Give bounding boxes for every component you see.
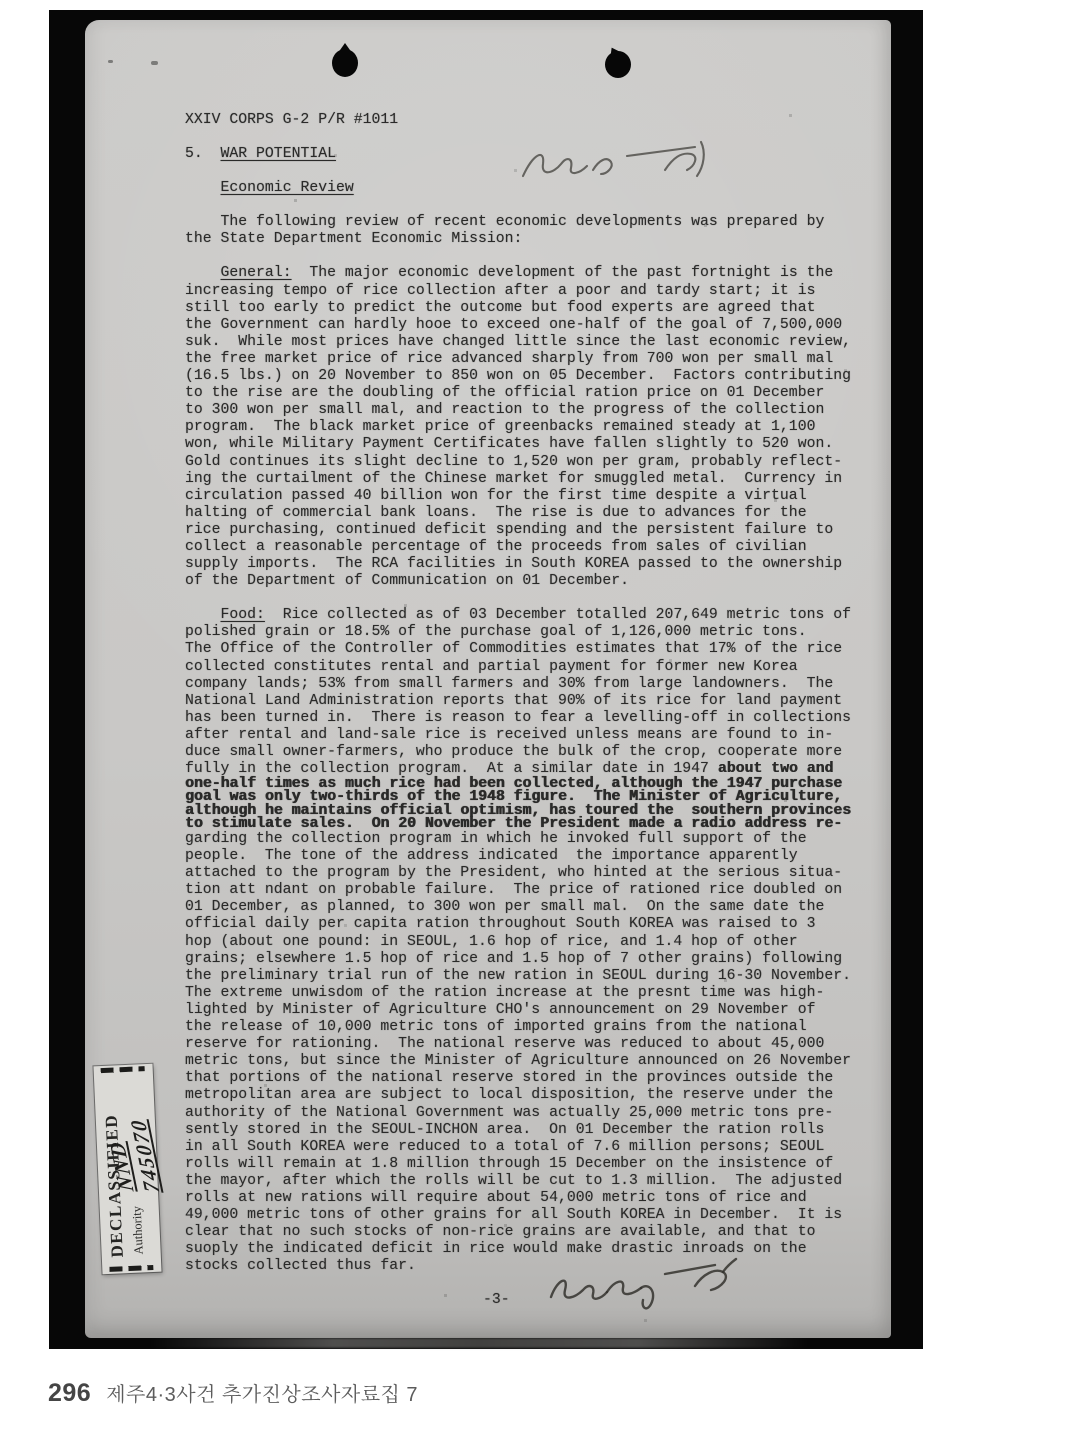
- declassified-stamp: DECLASSIFIED Authority NND 745070: [93, 1064, 161, 1274]
- text-line: 01 December, as planned, to 300 won per …: [185, 899, 875, 916]
- text-line: garding the collection program in which …: [185, 831, 875, 848]
- pencil-mark: [108, 60, 113, 63]
- text-line: the preliminary trial run of the new rat…: [185, 968, 875, 985]
- text-line: Food: Rice collected as of 03 December t…: [185, 607, 875, 624]
- text-line: lighted by Minister of Agriculture CHO's…: [185, 1002, 875, 1019]
- paper-noise: [85, 20, 86, 21]
- text-line: sently stored in the SEOUL-INCHON area. …: [185, 1122, 875, 1139]
- text-line: rolls will remain at 1.8 million through…: [185, 1156, 875, 1173]
- text-line: suk. While most prices have changed litt…: [185, 334, 875, 351]
- text-line: [185, 197, 875, 214]
- text-line: the free market price of rice advanced s…: [185, 351, 875, 368]
- text-line: ing the curtailment of the Chinese marke…: [185, 471, 875, 488]
- scan-artifact: [149, 1338, 809, 1348]
- text-line: General: The major economic development …: [185, 265, 875, 282]
- text-line: The following review of recent economic …: [185, 214, 875, 231]
- text-line: to 300 won per small mal, and reaction t…: [185, 402, 875, 419]
- text-line: the mayor, after which the rolls will be…: [185, 1173, 875, 1190]
- scanned-document-page: DECLASSIFIED Authority NND 745070 XXIV C…: [85, 20, 891, 1338]
- text-line: authority of the National Government was…: [185, 1105, 875, 1122]
- text-line: 5. WAR POTENTIAL: [185, 146, 875, 163]
- text-line: people. The tone of the address indicate…: [185, 848, 875, 865]
- stamp-text: DECLASSIFIED Authority NND 745070: [96, 1066, 161, 1268]
- text-line: [185, 129, 875, 146]
- text-line: grains; elsewhere 1.5 hop of rice and 1.…: [185, 951, 875, 968]
- text-line: metropolitan area are subject to local d…: [185, 1087, 875, 1104]
- typewritten-text: XXIV CORPS G-2 P/R #10115. WAR POTENTIAL…: [185, 112, 875, 1310]
- text-line: The Office of the Controller of Commodit…: [185, 641, 875, 658]
- text-line: [185, 590, 875, 607]
- text-line: of the Department of Communication on 01…: [185, 573, 875, 590]
- text-line: after rental and land-sale rice is recei…: [185, 727, 875, 744]
- book-page: DECLASSIFIED Authority NND 745070 XXIV C…: [0, 0, 1080, 1439]
- text-line: tion att ndant on probable failure. The …: [185, 882, 875, 899]
- text-line: the Government can hardly hooe to exceed…: [185, 317, 875, 334]
- text-line: The extreme unwisdom of the ration incre…: [185, 985, 875, 1002]
- text-line: won, while Military Payment Certificates…: [185, 436, 875, 453]
- text-line: suoply the indicated deficit in rice wou…: [185, 1241, 875, 1258]
- punch-hole-nub: [606, 45, 621, 59]
- text-line: stocks collected thus far.: [185, 1258, 875, 1275]
- text-line: XXIV CORPS G-2 P/R #1011: [185, 112, 875, 129]
- text-line: the State Department Economic Mission:: [185, 231, 875, 248]
- text-line: halting of commercial bank loans. The ri…: [185, 505, 875, 522]
- text-line: in all South KOREA were reduced to a tot…: [185, 1139, 875, 1156]
- text-line: has been turned in. There is reason to f…: [185, 710, 875, 727]
- text-line: increasing tempo of rice collection afte…: [185, 283, 875, 300]
- scan-background: DECLASSIFIED Authority NND 745070 XXIV C…: [49, 10, 923, 1349]
- text-line: to the rise are the doubling of the offi…: [185, 385, 875, 402]
- text-line: attached to the program by the President…: [185, 865, 875, 882]
- text-line: National Land Administration reports tha…: [185, 693, 875, 710]
- text-line: that portions of the national reserve st…: [185, 1070, 875, 1087]
- text-line: reserve for rationing. The national rese…: [185, 1036, 875, 1053]
- text-line: collect a reasonable percentage of the p…: [185, 539, 875, 556]
- text-line: [185, 248, 875, 265]
- text-line: hop (about one pound: in SEOUL, 1.6 hop …: [185, 934, 875, 951]
- text-line: clear that no such stocks of non-rice gr…: [185, 1224, 875, 1241]
- text-line: (16.5 lbs.) on 20 November to 850 won on…: [185, 368, 875, 385]
- punch-hole: [605, 51, 631, 78]
- text-line: [185, 163, 875, 180]
- text-line: Economic Review: [185, 180, 875, 197]
- text-line: circulation passed 40 billion won for th…: [185, 488, 875, 505]
- text-line: Gold continues its slight decline to 1,5…: [185, 454, 875, 471]
- book-caption: 296 제주4·3사건 추가진상조사자료집 7: [48, 1378, 418, 1408]
- text-line: duce small owner-farmers, who produce th…: [185, 744, 875, 761]
- stamp-authority-number: NND 745070: [89, 1067, 166, 1193]
- text-line: 49,000 metric tons of other grains for a…: [185, 1207, 875, 1224]
- text-line: supply imports. The RCA facilities in So…: [185, 556, 875, 573]
- stamp-authority-label: Authority: [130, 1206, 146, 1255]
- book-title: 제주4·3사건 추가진상조사자료집 7: [106, 1378, 418, 1407]
- text-line: [185, 1275, 875, 1292]
- document-page-number: -3-: [185, 1292, 875, 1309]
- text-line: collected constitutes rental and partial…: [185, 659, 875, 676]
- text-line: official daily per capita ration through…: [185, 916, 875, 933]
- text-line: rice purchasing, continued deficit spend…: [185, 522, 875, 539]
- pencil-mark: [151, 61, 158, 65]
- book-page-number: 296: [48, 1379, 91, 1408]
- text-line: metric tons, but since the Minister of A…: [185, 1053, 875, 1070]
- text-line: rolls at new rations will require about …: [185, 1190, 875, 1207]
- punch-hole: [332, 49, 358, 77]
- text-line: program. The black market price of green…: [185, 419, 875, 436]
- text-line: company lands; 53% from small farmers an…: [185, 676, 875, 693]
- text-line: still too early to predict the outcome b…: [185, 300, 875, 317]
- text-line: polished grain or 18.5% of the purchase …: [185, 624, 875, 641]
- punch-hole-nub: [339, 43, 351, 53]
- text-line: to stimulate sales. On 20 November the P…: [185, 818, 875, 831]
- text-line: the release of 10,000 metric tons of imp…: [185, 1019, 875, 1036]
